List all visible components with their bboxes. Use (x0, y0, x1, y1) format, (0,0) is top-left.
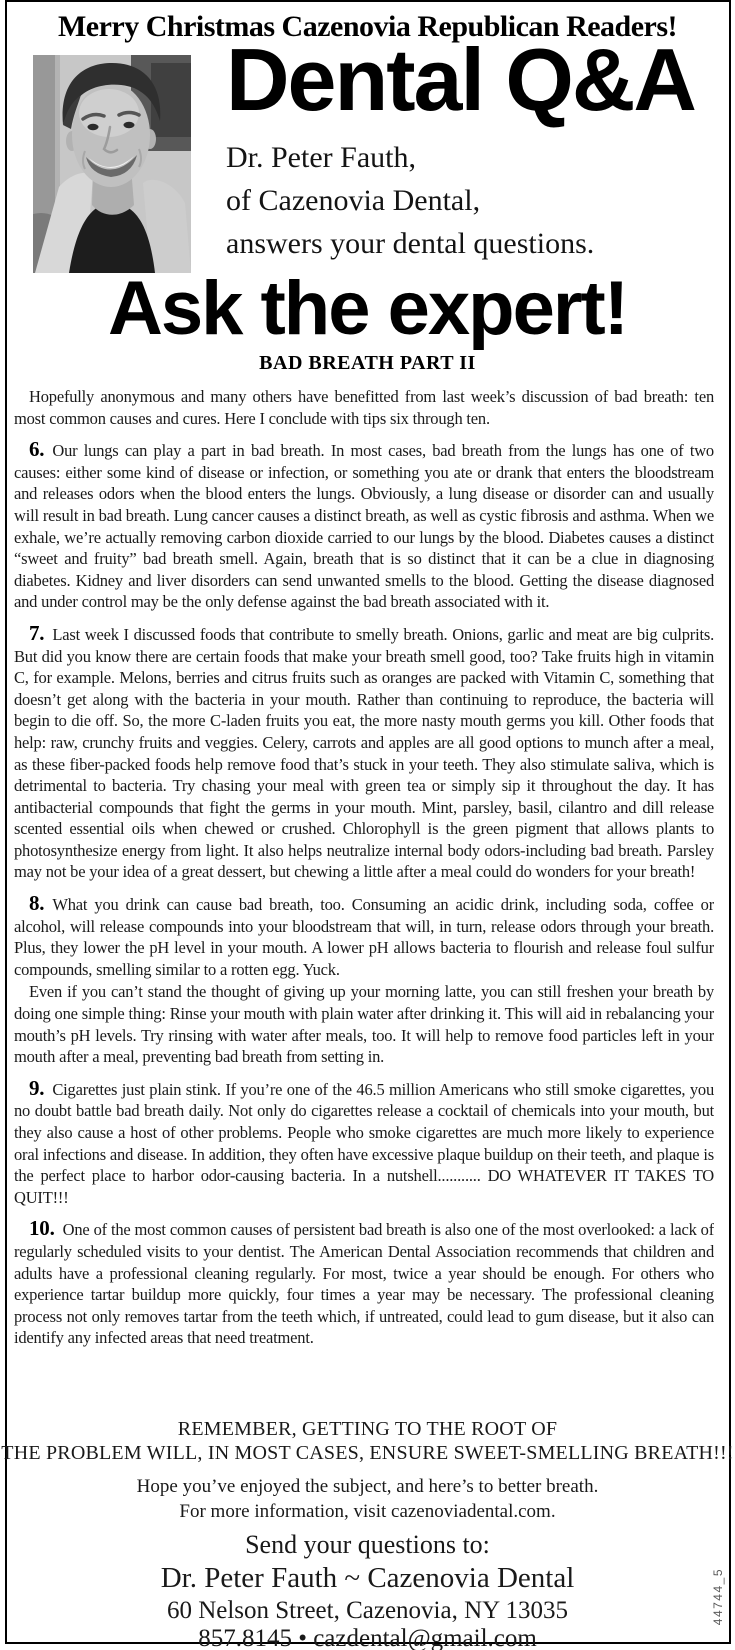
dr-fauth-photo (33, 55, 191, 273)
article-paragraph-tip10: 10.One of the most common causes of pers… (14, 1218, 714, 1349)
article-title: BAD BREATH PART II (0, 352, 735, 375)
practice-name: Dr. Peter Fauth ~ Cazenovia Dental (0, 1560, 735, 1596)
paragraph-text: Our lungs can play a part in bad breath.… (14, 441, 714, 611)
website-line: For more information, visit cazenoviaden… (0, 1499, 735, 1524)
paragraph-text: Even if you can’t stand the thought of g… (14, 982, 714, 1066)
reminder-line-1: REMEMBER, GETTING TO THE ROOT OF (0, 1417, 735, 1441)
paragraph-text: Last week I discussed foods that contrib… (14, 625, 714, 882)
send-questions-heading: Send your questions to: (0, 1529, 735, 1560)
article-body: Hopefully anonymous and many others have… (14, 385, 714, 1419)
tip-number: 10. (29, 1216, 55, 1240)
portrait-image (33, 55, 191, 273)
article-paragraph-tip6: 6.Our lungs can play a part in bad breat… (14, 439, 714, 613)
page-title: Dental Q&A (226, 34, 716, 126)
byline: Dr. Peter Fauth, of Cazenovia Dental, an… (226, 136, 716, 265)
article-paragraph-intro: Hopefully anonymous and many others have… (14, 385, 714, 429)
hope-line: Hope you’ve enjoyed the subject, and her… (0, 1474, 735, 1499)
paragraph-text: Hopefully anonymous and many others have… (14, 387, 714, 428)
print-reference-code: 44744_5 (711, 1568, 725, 1625)
phone-email-line: 857.8145 • cazdental@gmail.com (0, 1625, 735, 1650)
article-paragraph-tip8: 8.What you drink can cause bad breath, t… (14, 893, 714, 980)
header-block: Dental Q&A Dr. Peter Fauth, of Cazenovia… (226, 34, 716, 265)
article-paragraph-tip7: 7.Last week I discussed foods that contr… (14, 623, 714, 883)
byline-line-3: answers your dental questions. (226, 222, 716, 265)
paragraph-text: One of the most common causes of persist… (14, 1220, 714, 1347)
article-paragraph-tip8-cont: Even if you can’t stand the thought of g… (14, 980, 714, 1067)
practice-address: 60 Nelson Street, Cazenovia, NY 13035 (0, 1596, 735, 1625)
newspaper-ad: Merry Christmas Cazenovia Republican Rea… (0, 0, 735, 1650)
reminder-line-2: THE PROBLEM WILL, IN MOST CASES, ENSURE … (0, 1441, 735, 1465)
tip-number: 9. (29, 1076, 44, 1100)
byline-line-1: Dr. Peter Fauth, (226, 136, 716, 179)
paragraph-text: Cigarettes just plain stink. If you’re o… (14, 1080, 714, 1207)
byline-line-2: of Cazenovia Dental, (226, 179, 716, 222)
closing-block: REMEMBER, GETTING TO THE ROOT OF THE PRO… (0, 1417, 735, 1650)
tip-number: 6. (29, 437, 44, 461)
ask-the-expert-banner: Ask the expert! (0, 270, 735, 348)
tip-number: 7. (29, 621, 44, 645)
tip-number: 8. (29, 891, 44, 915)
paragraph-text: What you drink can cause bad breath, too… (14, 895, 714, 979)
article-paragraph-tip9: 9.Cigarettes just plain stink. If you’re… (14, 1078, 714, 1209)
